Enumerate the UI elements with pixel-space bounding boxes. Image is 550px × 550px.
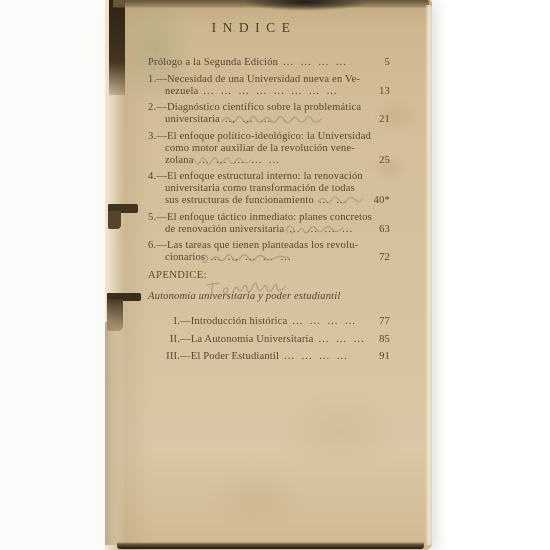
entry-text: 6.—Las tareas que tienen planteadas los … <box>148 240 358 252</box>
entry-text: zolana <box>165 155 194 167</box>
toc-row: de renovación universitaria ... ... ... … <box>148 224 390 236</box>
dot-leader: ... ... ... ... ... <box>210 252 291 264</box>
page-number: 21 <box>364 114 390 126</box>
entry-text: 2.—Diagnóstico científico sobre la probl… <box>148 102 361 114</box>
book-bottom-edge <box>117 542 424 549</box>
page-number: 40* <box>364 195 390 207</box>
page-number: 72 <box>364 252 390 264</box>
toc-entry-3: 3.—El enfoque político-ideológico: la Un… <box>148 131 390 167</box>
dot-leader: ... ... <box>319 195 348 207</box>
toc-row: sus estructuras de funcionamiento ... ..… <box>148 195 390 207</box>
dot-leader: ... ... ... ... ... ... ... ... <box>203 86 337 98</box>
dot-leader: ... ... ... ... <box>289 224 353 236</box>
toc-row: 1.—Necesidad de una Universidad nueva en… <box>148 74 390 86</box>
entry-text: cionarios <box>165 252 205 264</box>
dot-leader: ... ... ... <box>319 334 365 346</box>
toc-row: universitaria como transformación de tod… <box>148 183 390 195</box>
toc-row: Prólogo a la Segunda Edición ... ... ...… <box>148 57 390 69</box>
toc-row: como motor auxiliar de la revolución ven… <box>148 143 390 155</box>
toc-entry-2: 2.—Diagnóstico científico sobre la probl… <box>148 102 390 126</box>
entry-text: 3.—El enfoque político-ideológico: la Un… <box>148 131 371 143</box>
entry-text: de renovación universitaria <box>165 224 284 236</box>
dot-leader: ... ... ... ... <box>292 316 356 328</box>
toc-row: 2.—Diagnóstico científico sobre la probl… <box>148 102 390 114</box>
page-number: 63 <box>364 224 390 236</box>
page-edge-shadow-top <box>109 0 125 95</box>
page-title: INDICE <box>133 20 375 36</box>
entry-text: nezuela <box>165 86 198 98</box>
toc-entry-1: 1.—Necesidad de una Universidad nueva en… <box>148 74 390 98</box>
toc-entry-6: 6.—Las tareas que tienen planteadas los … <box>148 240 390 264</box>
toc-entry-4: 4.—El enfoque estructural interno: la re… <box>148 171 390 207</box>
entry-text: universitaria <box>165 114 220 126</box>
toc-row: III. —El Poder Estudiantil ... ... ... .… <box>148 351 390 363</box>
apendice-label: APENDICE: <box>148 270 390 282</box>
scanned-book-photo: INDICE Prólogo a la Segunda Edición ... … <box>0 0 550 550</box>
toc-content: INDICE Prólogo a la Segunda Edición ... … <box>148 0 390 369</box>
entry-text: —El Poder Estudiantil <box>180 351 279 363</box>
entry-text: 4.—El enfoque estructural interno: la re… <box>148 171 363 183</box>
toc-row: 5.—El enfoque táctico inmediato: planes … <box>148 212 390 224</box>
apendice-section: APENDICE: Autonomía universitaria y pode… <box>148 270 390 363</box>
page-number: 25 <box>364 155 390 167</box>
toc-row: universitaria ... ... ... 21 <box>148 114 390 126</box>
toc-row: 3.—El enfoque político-ideológico: la Un… <box>148 131 390 143</box>
entry-text: —La Autonomía Universitaria <box>180 334 314 346</box>
toc-row: I. —Introducción histórica ... ... ... .… <box>148 316 390 328</box>
apendice-subtitle: Autonomía universitaria y poder estudian… <box>148 291 390 303</box>
page-number: 91 <box>364 351 390 363</box>
toc-row: 6.—Las tareas que tienen planteadas los … <box>148 240 390 252</box>
dot-leader: ... ... ... ... <box>283 57 347 69</box>
entry-text: Prólogo a la Segunda Edición <box>148 57 278 69</box>
entry-text: sus estructuras de funcionamiento <box>165 195 314 207</box>
entry-text: 5.—El enfoque táctico inmediato: planes … <box>148 212 372 224</box>
entry-text: —Introducción histórica <box>180 316 287 328</box>
dot-leader: ... ... ... ... ... <box>199 155 280 167</box>
page-right-edge <box>425 5 432 545</box>
apendice-entries: I. —Introducción histórica ... ... ... .… <box>148 316 390 363</box>
page-number: 13 <box>364 86 390 98</box>
toc-entry-5: 5.—El enfoque táctico inmediato: planes … <box>148 212 390 236</box>
toc-row: cionarios ... ... ... ... ... 72 <box>148 252 390 264</box>
book-page: INDICE Prólogo a la Segunda Edición ... … <box>105 0 432 550</box>
entry-text: universitaria como transformación de tod… <box>165 183 355 195</box>
entry-text: 1.—Necesidad de una Universidad nueva en… <box>148 74 360 86</box>
roman-numeral: I. <box>160 316 180 328</box>
roman-numeral: II. <box>160 334 180 346</box>
page-number: 77 <box>364 316 390 328</box>
dot-leader: ... ... ... <box>225 114 271 126</box>
toc-entry-prologo: Prólogo a la Segunda Edición ... ... ...… <box>148 57 390 69</box>
toc-row: zolana ... ... ... ... ... 25 <box>148 155 390 167</box>
toc-row: nezuela ... ... ... ... ... ... ... ... … <box>148 86 390 98</box>
roman-numeral: III. <box>160 351 180 363</box>
toc-row: II. —La Autonomía Universitaria ... ... … <box>148 334 390 346</box>
page-edge-shadow-lower <box>105 322 123 545</box>
dot-leader: ... ... ... ... <box>284 351 348 363</box>
page-number: 5 <box>364 57 390 69</box>
torn-edge-notch <box>108 211 121 229</box>
page-number: 85 <box>364 334 390 346</box>
toc-row: 4.—El enfoque estructural interno: la re… <box>148 171 390 183</box>
entry-text: como motor auxiliar de la revolución ven… <box>165 143 355 155</box>
